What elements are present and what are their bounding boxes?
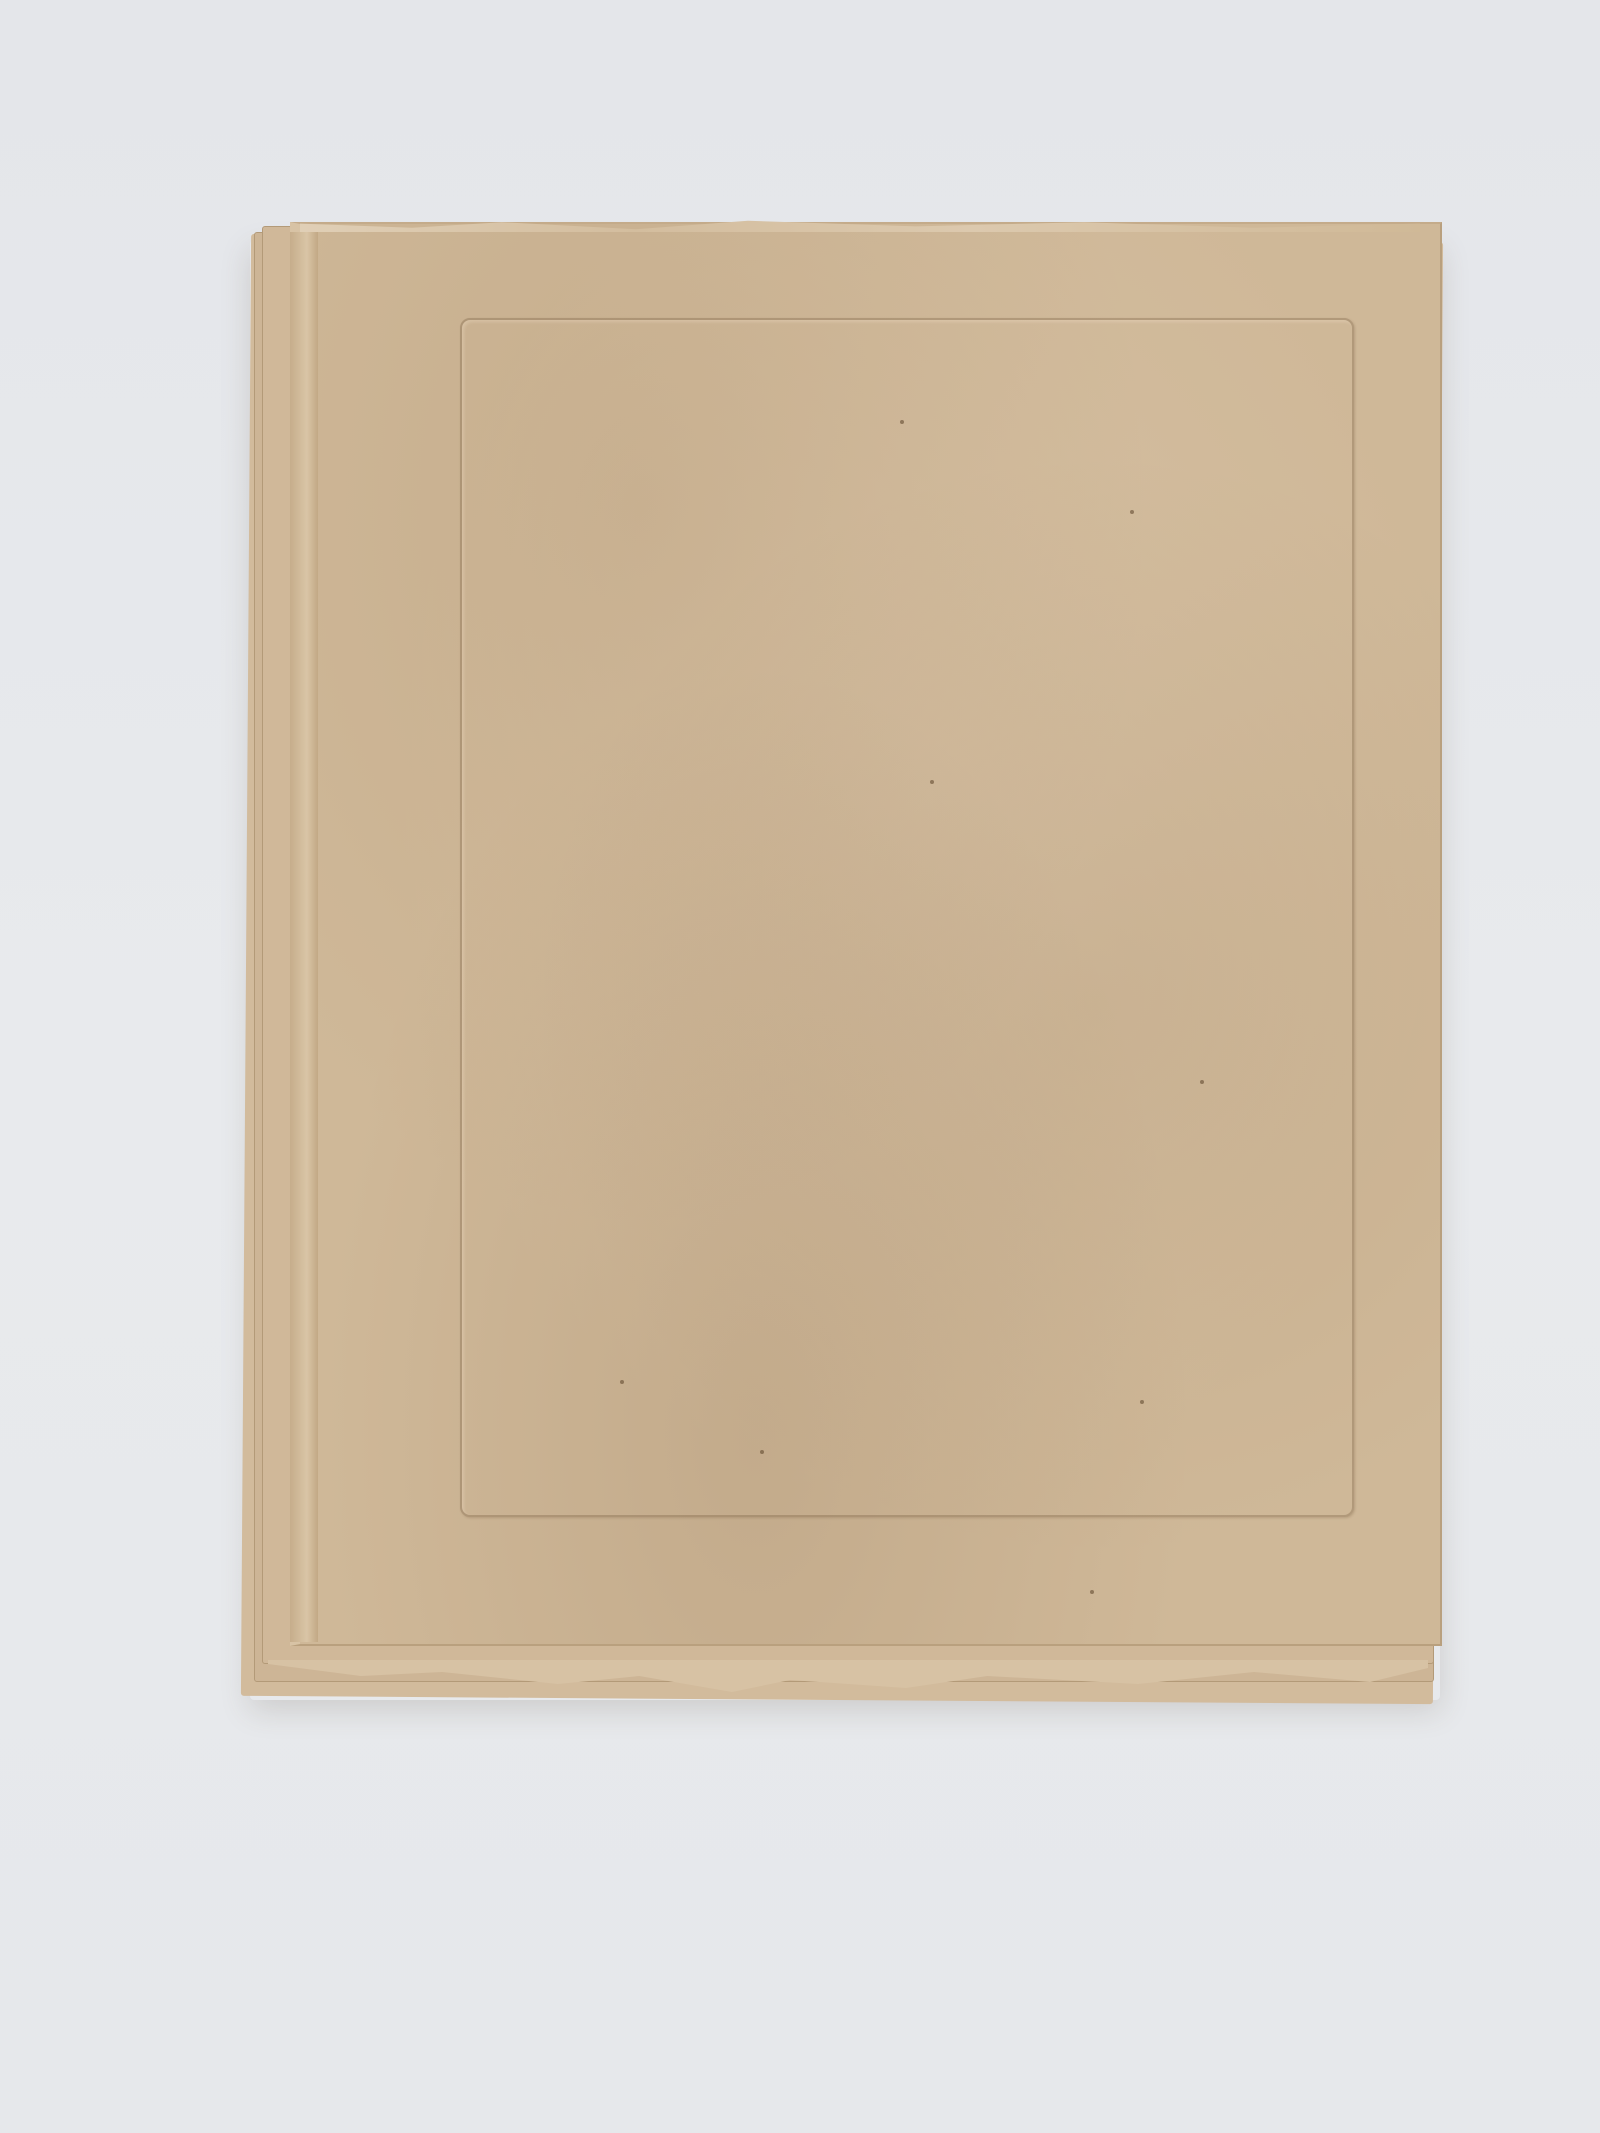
- foxing-spot: [1200, 1080, 1204, 1084]
- foxing-spot: [620, 1380, 624, 1384]
- foxing-spot: [930, 780, 934, 784]
- folded-left-edge: [290, 232, 318, 1642]
- plate-mark-impression: [460, 318, 1354, 1517]
- foxing-spot: [1090, 1590, 1094, 1594]
- foxing-spot: [1130, 510, 1134, 514]
- foxing-spot: [760, 1450, 764, 1454]
- foxing-spot: [900, 420, 904, 424]
- foxing-spot: [1140, 1400, 1144, 1404]
